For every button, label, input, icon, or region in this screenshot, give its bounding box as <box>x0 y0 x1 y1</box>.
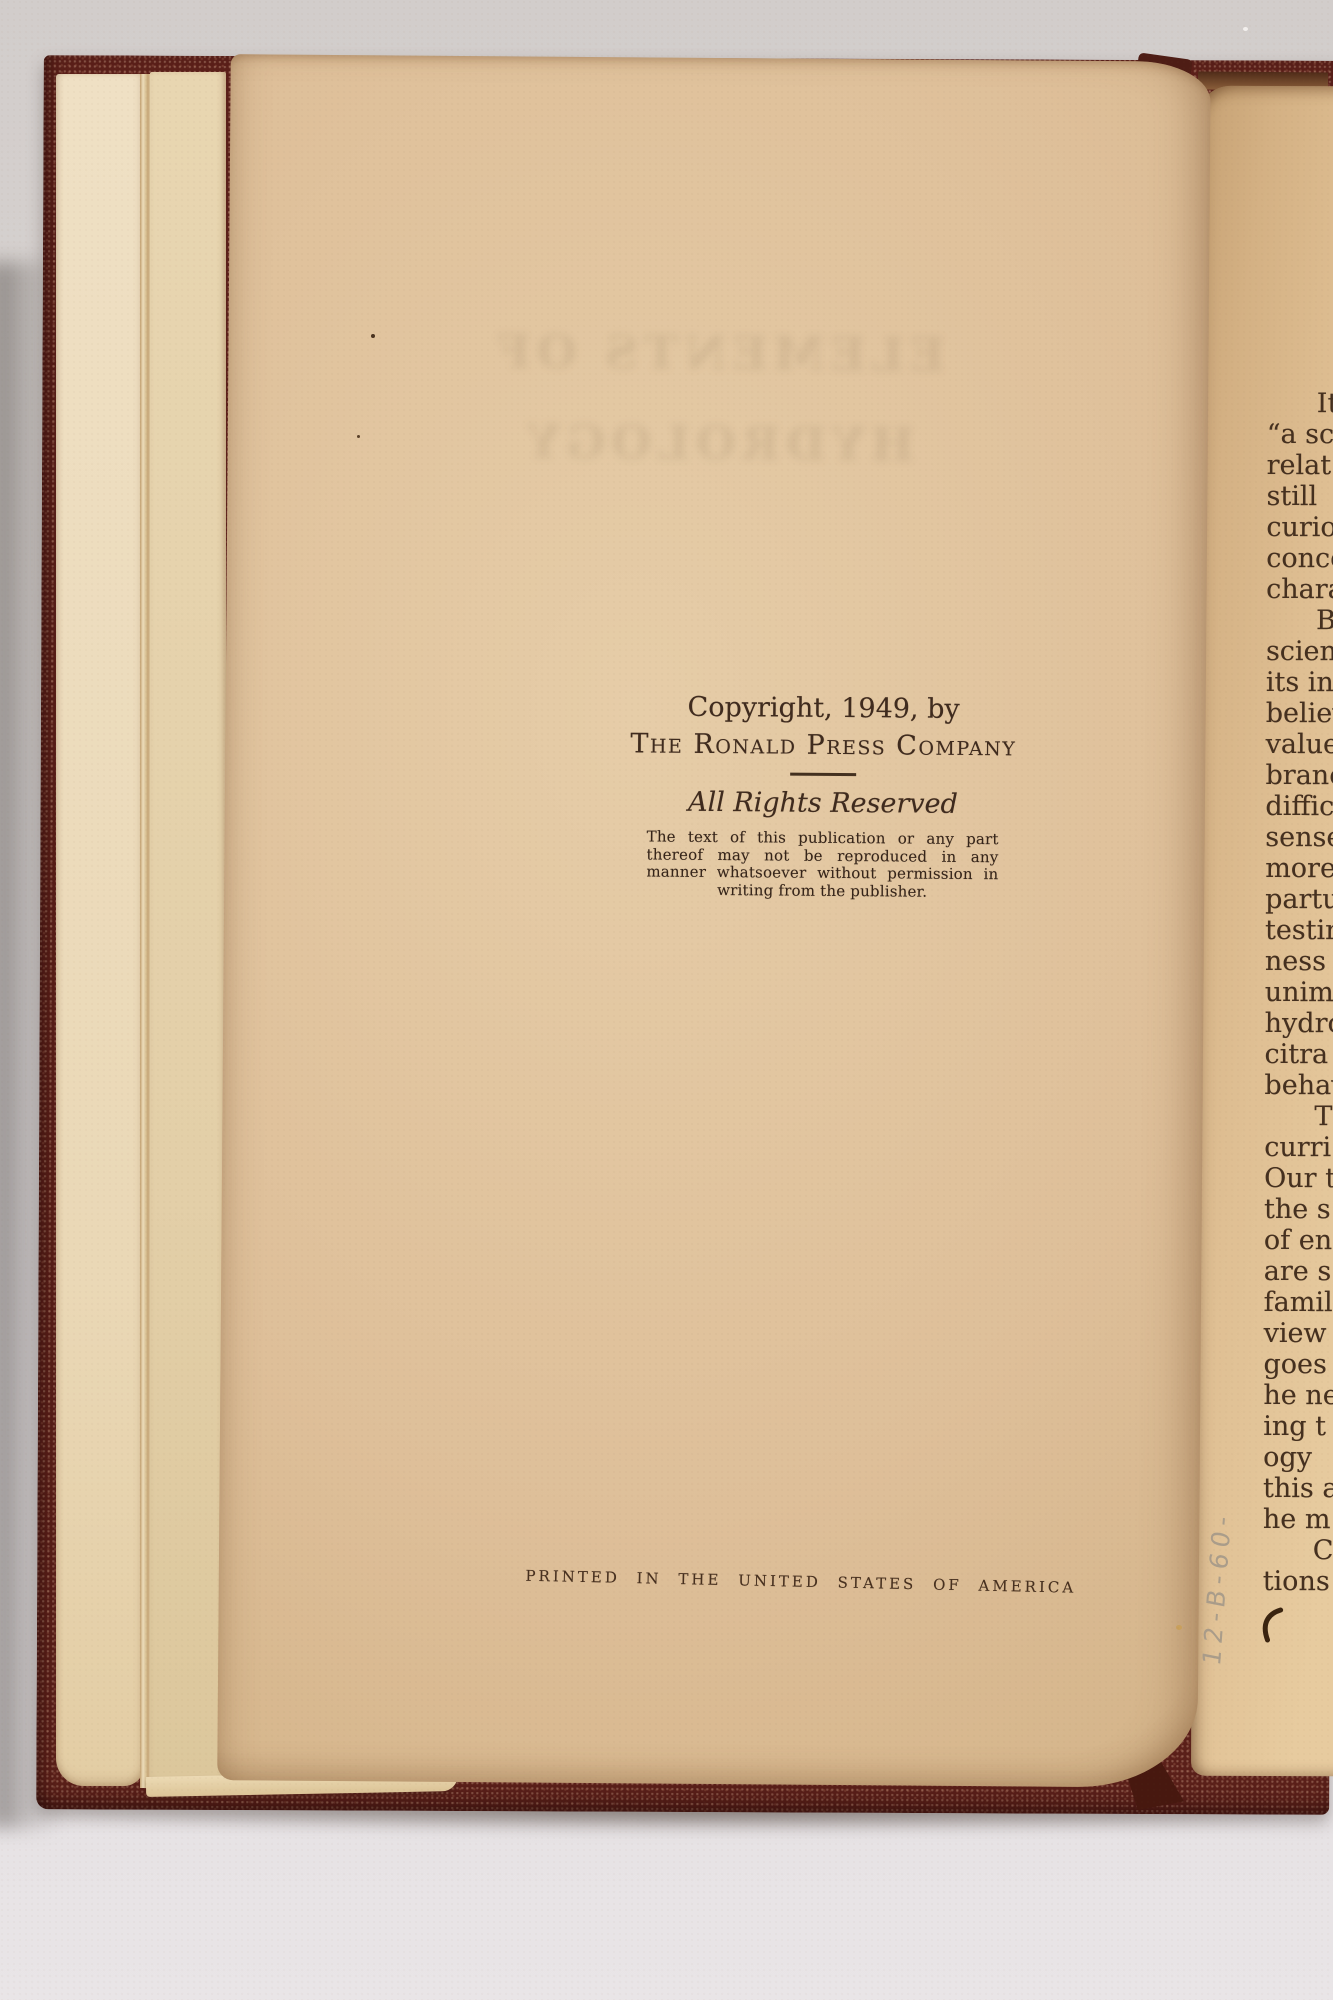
text-line-fragment: curri <box>1264 1132 1333 1164</box>
text-line-fragment: its in <box>1266 667 1333 699</box>
text-line-fragment: tions <box>1263 1566 1333 1598</box>
text-line-fragment: this a <box>1263 1473 1333 1505</box>
permission-notice: The text of this publication or any part… <box>646 828 999 901</box>
text-line-fragment: “a sc <box>1267 419 1333 451</box>
text-line-fragment: chara <box>1266 574 1333 606</box>
text-line-fragment: conce <box>1266 543 1333 575</box>
paper-speck <box>1176 1625 1182 1630</box>
text-line-fragment: partu <box>1265 884 1333 916</box>
text-line-fragment: testin <box>1265 915 1333 947</box>
facing-page: It“a screlatstillcurioconcecharaBscienit… <box>1191 86 1333 1777</box>
text-line-fragment: hydro <box>1265 1008 1333 1040</box>
copyright-block: Copyright, 1949, by The Ronald Press Com… <box>622 691 1024 902</box>
book-photograph: It“a screlatstillcurioconcecharaBscienit… <box>0 0 1333 2000</box>
text-line-fragment: he ne <box>1263 1380 1333 1412</box>
text-line-fragment: he m <box>1263 1504 1333 1536</box>
text-line-fragment: view <box>1264 1318 1333 1350</box>
text-line-fragment: value <box>1266 729 1333 761</box>
text-line-fragment: T <box>1264 1101 1333 1133</box>
text-line-fragment: believ <box>1266 698 1333 730</box>
text-line-fragment: ness <box>1265 946 1333 978</box>
right-page-text: It“a screlatstillcurioconcecharaBscienit… <box>1263 388 1333 1598</box>
paper-speck <box>371 334 375 338</box>
flyleaf-page-2 <box>150 72 226 1790</box>
title-show-through: ELEMENTS OF HYDROLOGY <box>227 322 1208 510</box>
copyright-line: Copyright, 1949, by <box>624 691 1024 726</box>
text-line-fragment: of en <box>1264 1225 1333 1257</box>
text-line-fragment: sense <box>1265 822 1333 854</box>
text-line-fragment: branc <box>1265 760 1333 792</box>
rights-reserved-line: All Rights Reserved <box>623 786 1023 821</box>
text-line-fragment: ing t <box>1263 1411 1333 1443</box>
text-line-fragment: the s <box>1264 1194 1333 1226</box>
text-line-fragment: goes <box>1263 1349 1333 1381</box>
text-line-fragment: still <box>1266 481 1333 513</box>
text-line-fragment: diffic <box>1265 791 1333 823</box>
text-line-fragment: curio <box>1266 512 1333 544</box>
ghost-title-line: ELEMENTS OF <box>228 322 1208 384</box>
text-line-fragment: unim <box>1265 977 1333 1009</box>
printed-in-usa-line: PRINTED IN THE UNITED STATES OF AMERICA <box>521 1567 1081 1597</box>
text-line-fragment: famil <box>1264 1287 1333 1319</box>
text-line-fragment: Our t <box>1264 1163 1333 1195</box>
text-line-fragment: behav <box>1264 1070 1333 1102</box>
ink-mark <box>1259 1606 1285 1644</box>
flyleaf-page <box>56 74 144 1786</box>
paper-speck <box>357 435 360 438</box>
text-line-fragment: relat <box>1267 450 1333 482</box>
text-line-fragment: C <box>1263 1535 1333 1567</box>
dust-speck <box>1243 27 1248 31</box>
text-line-fragment: citra <box>1265 1039 1333 1071</box>
publisher-name: The Ronald Press Company <box>623 727 1023 764</box>
ghost-title-line: HYDROLOGY <box>228 412 1208 474</box>
text-line-fragment: ogy <box>1263 1442 1333 1474</box>
text-line-fragment: more <box>1265 853 1333 885</box>
text-line-fragment: B <box>1266 605 1333 637</box>
permission-notice-line: writing from the publisher. <box>646 881 998 901</box>
text-line-fragment: scien <box>1266 636 1333 668</box>
copyright-page: ELEMENTS OF HYDROLOGY Copyright, 1949, b… <box>217 54 1211 1788</box>
text-line-fragment: are s <box>1264 1256 1333 1288</box>
divider-rule <box>790 773 856 777</box>
text-line-fragment: It <box>1267 388 1333 420</box>
